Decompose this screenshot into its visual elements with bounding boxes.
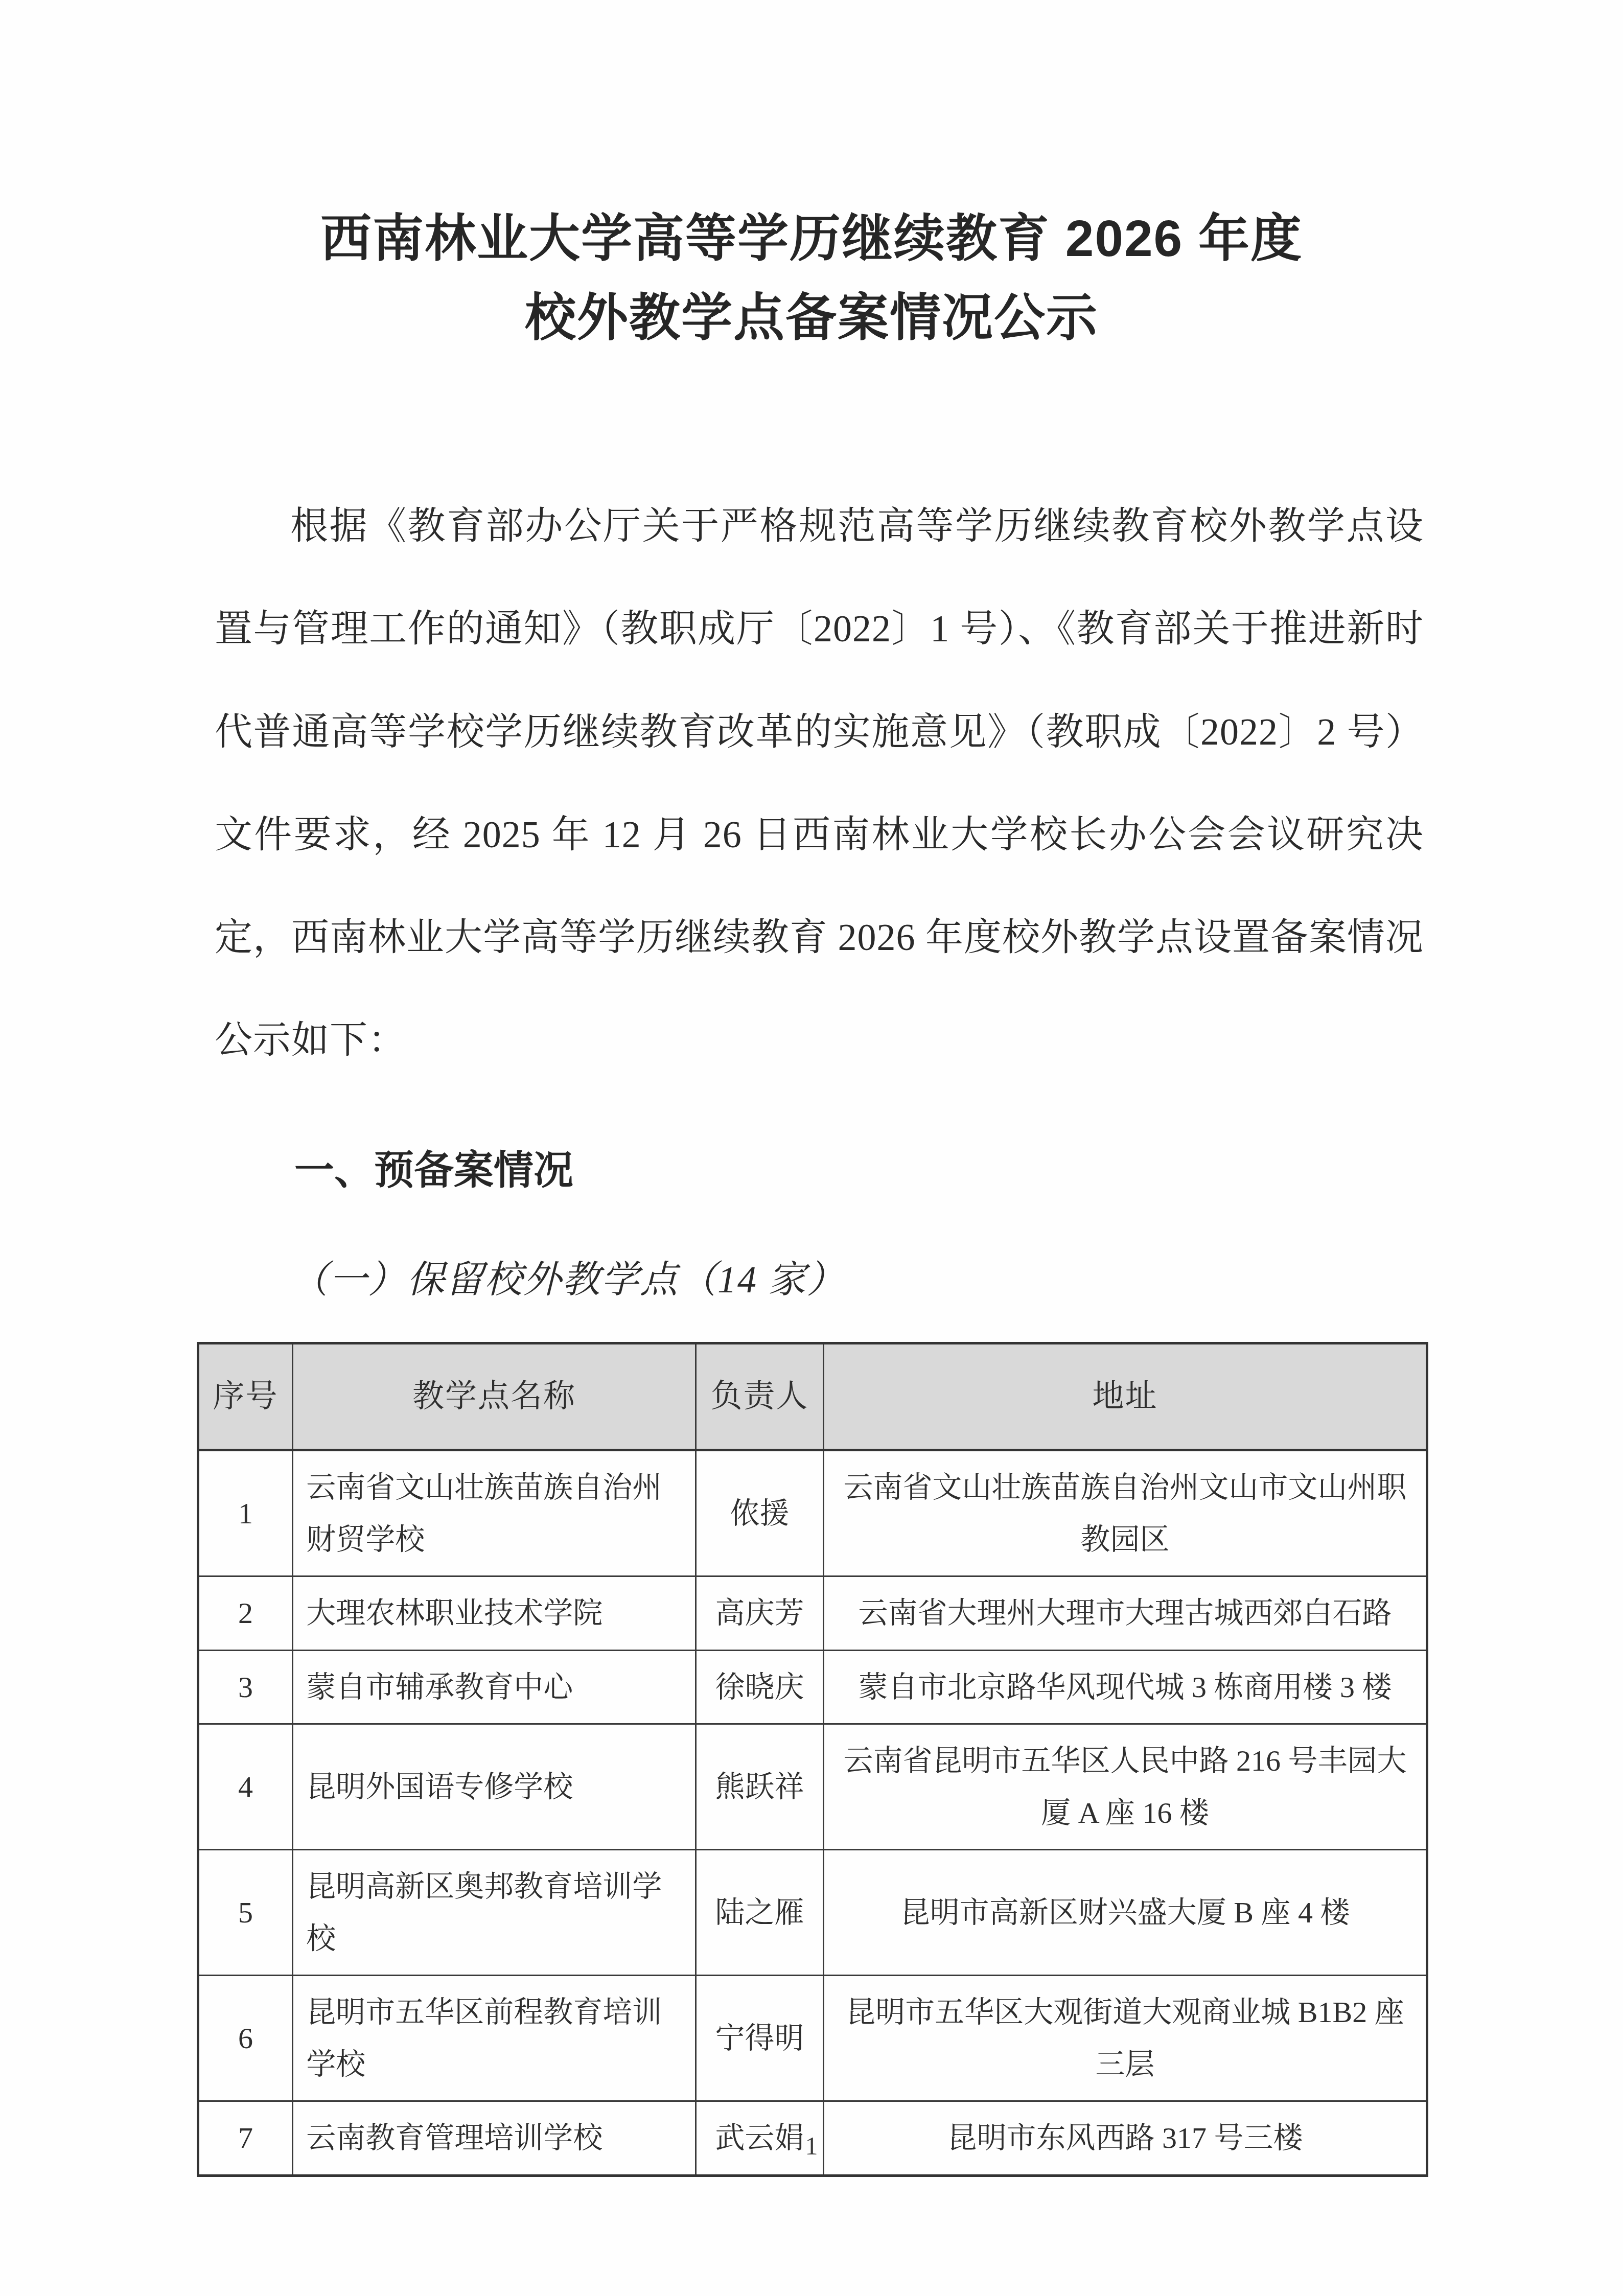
- row-seq: 4: [198, 1724, 293, 1850]
- document-page: 西南林业大学高等学历继续教育 2026 年度 校外教学点备案情况公示 根据《教育…: [0, 0, 1623, 2296]
- row-name: 云南省文山壮族苗族自治州财贸学校: [293, 1450, 696, 1576]
- document-title-line1: 西南林业大学高等学历继续教育 2026 年度: [153, 199, 1470, 279]
- row-name: 昆明市五华区前程教育培训学校: [293, 1976, 696, 2101]
- section1-heading: 一、预备案情况: [215, 1139, 1424, 1196]
- row-person: 侬援: [696, 1450, 824, 1576]
- row-person: 徐晓庆: [696, 1650, 824, 1724]
- row-person: 高庆芳: [696, 1576, 824, 1651]
- table-row: 3 蒙自市辅承教育中心 徐晓庆 蒙自市北京路华风现代城 3 栋商用楼 3 楼: [198, 1650, 1427, 1724]
- row-seq: 1: [198, 1450, 293, 1576]
- row-seq: 6: [198, 1976, 293, 2101]
- row-seq: 2: [198, 1576, 293, 1651]
- row-address: 昆明市高新区财兴盛大厦 B 座 4 楼: [824, 1850, 1427, 1976]
- table-row: 4 昆明外国语专修学校 熊跃祥 云南省昆明市五华区人民中路 216 号丰园大厦 …: [198, 1724, 1427, 1850]
- row-name: 蒙自市辅承教育中心: [293, 1650, 696, 1724]
- header-person: 负责人: [696, 1343, 824, 1450]
- row-name: 昆明高新区奥邦教育培训学校: [293, 1850, 696, 1976]
- table-header: 序号 教学点名称 负责人 地址: [198, 1343, 1427, 1450]
- table-row: 1 云南省文山壮族苗族自治州财贸学校 侬援 云南省文山壮族苗族自治州文山市文山州…: [198, 1450, 1427, 1576]
- section1-subheading: （一）保留校外教学点（14 家）: [215, 1249, 1424, 1304]
- table-row: 5 昆明高新区奥邦教育培训学校 陆之雁 昆明市高新区财兴盛大厦 B 座 4 楼: [198, 1850, 1427, 1976]
- table-body: 1 云南省文山壮族苗族自治州财贸学校 侬援 云南省文山壮族苗族自治州文山市文山州…: [198, 1450, 1427, 2176]
- row-address: 云南省昆明市五华区人民中路 216 号丰园大厦 A 座 16 楼: [824, 1724, 1427, 1850]
- header-name: 教学点名称: [293, 1343, 696, 1450]
- row-seq: 3: [198, 1650, 293, 1724]
- row-name: 昆明外国语专修学校: [293, 1724, 696, 1850]
- document-title: 西南林业大学高等学历继续教育 2026 年度 校外教学点备案情况公示: [153, 199, 1470, 358]
- row-person: 陆之雁: [696, 1850, 824, 1976]
- row-address: 云南省文山壮族苗族自治州文山市文山州职教园区: [824, 1450, 1427, 1576]
- table-header-row: 序号 教学点名称 负责人 地址: [198, 1343, 1427, 1450]
- document-title-line2: 校外教学点备案情况公示: [153, 279, 1470, 358]
- page-number: 1: [0, 2131, 1623, 2161]
- row-address: 蒙自市北京路华风现代城 3 栋商用楼 3 楼: [824, 1650, 1427, 1724]
- row-address: 昆明市五华区大观街道大观商业城 B1B2 座三层: [824, 1976, 1427, 2101]
- row-seq: 5: [198, 1850, 293, 1976]
- table-row: 6 昆明市五华区前程教育培训学校 宁得明 昆明市五华区大观街道大观商业城 B1B…: [198, 1976, 1427, 2101]
- row-person: 宁得明: [696, 1976, 824, 2101]
- row-name: 大理农林职业技术学院: [293, 1576, 696, 1651]
- teaching-points-table: 序号 教学点名称 负责人 地址 1 云南省文山壮族苗族自治州财贸学校 侬援 云南…: [197, 1342, 1428, 2177]
- header-seq: 序号: [198, 1343, 293, 1450]
- table-row: 2 大理农林职业技术学院 高庆芳 云南省大理州大理市大理古城西郊白石路: [198, 1576, 1427, 1651]
- row-address: 云南省大理州大理市大理古城西郊白石路: [824, 1576, 1427, 1651]
- intro-paragraph: 根据《教育部办公厅关于严格规范高等学历继续教育校外教学点设置与管理工作的通知》（…: [215, 475, 1424, 1093]
- row-person: 熊跃祥: [696, 1724, 824, 1850]
- header-address: 地址: [824, 1343, 1427, 1450]
